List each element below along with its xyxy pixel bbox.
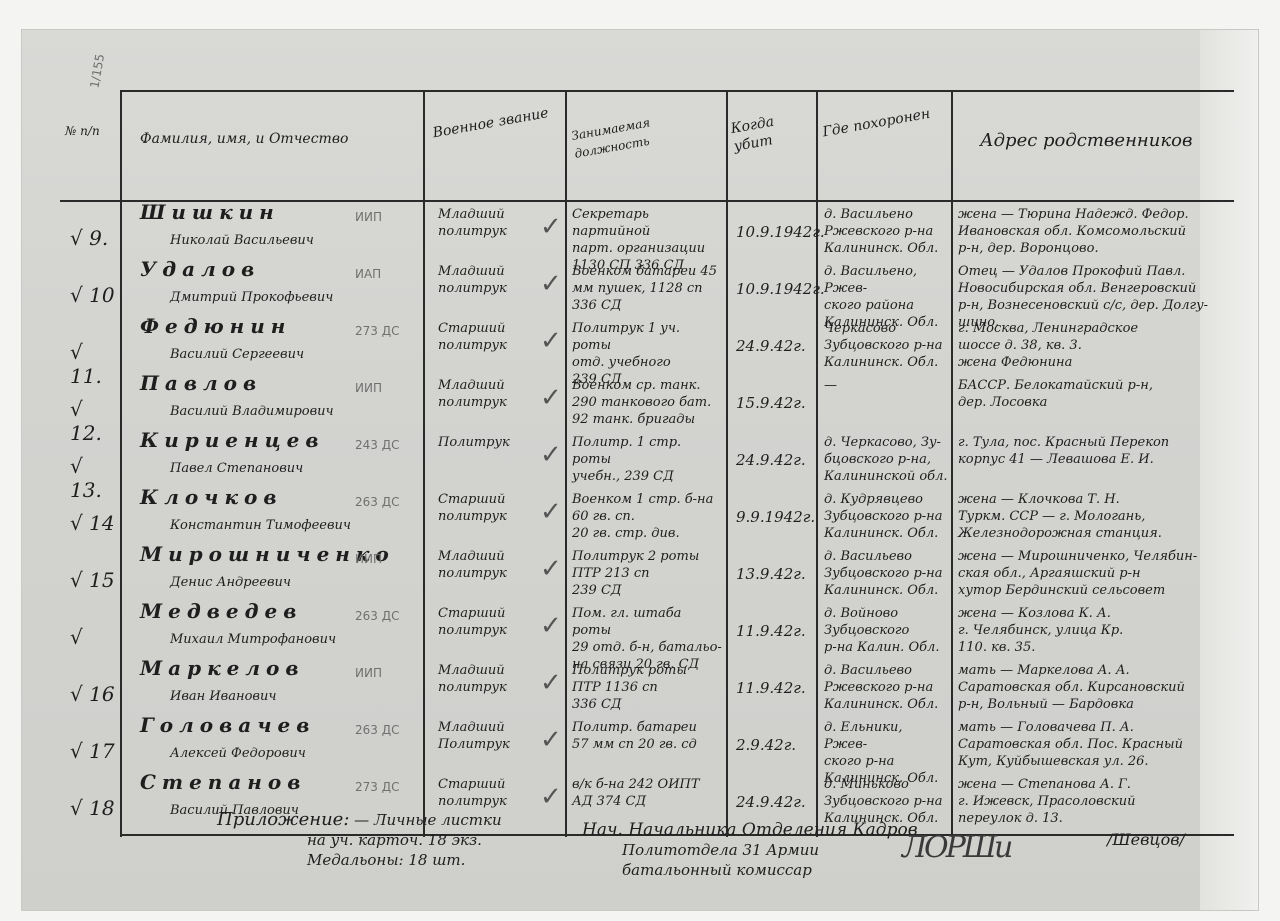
row-number: √ 11.	[70, 340, 115, 388]
position: Политрук ротыПТР 1136 сп336 СД	[572, 662, 722, 713]
burial-place-line: д. Войново	[824, 605, 949, 622]
row-number: √ 13.	[70, 454, 115, 502]
date-killed: 13.9.42г.	[736, 566, 806, 583]
burial-place-line: д. Васильево	[824, 662, 949, 679]
relatives-address-line: Новосибирская обл. Венгеровский	[958, 280, 1228, 297]
surname: Степанов	[140, 774, 306, 791]
position-line: учебн., 239 СД	[572, 468, 722, 485]
burial-place-line: д. Ельники, Ржев-	[824, 719, 949, 753]
table-row: √ 14КлочковКонстантин Тимофеевич263 ДССт…	[120, 489, 1234, 546]
header-rank: Военное звание	[431, 104, 552, 143]
position: Политр. 1 стр. ротыучебн., 239 СД	[572, 434, 722, 485]
relatives-address-line: Ивановская обл. Комсомольский	[958, 223, 1228, 240]
table-row: √МедведевМихаил Митрофанович263 ДССтарши…	[120, 603, 1234, 660]
given-names: Василий Сергеевич	[140, 346, 304, 363]
pencil-annotation: 263 ДС	[355, 723, 399, 737]
relatives-address-line: дер. Лосовка	[958, 394, 1228, 411]
corner-mark: 1/155	[87, 53, 107, 89]
check-mark-icon: ✓	[540, 326, 562, 356]
surname: Клочков	[140, 489, 282, 506]
surname: Федюнин	[140, 318, 291, 335]
position-line: мм пушек, 1128 сп	[572, 280, 722, 297]
relatives-address: жена — Клочкова Т. Н.Туркм. ССР — г. Мол…	[958, 491, 1228, 542]
table-row: √ 9.ШишкинНиколай ВасильевичИИПМладшийпо…	[120, 204, 1234, 261]
burial-place-line: —	[824, 377, 949, 394]
row-number: √ 9.	[70, 226, 115, 250]
date-killed: 11.9.42г.	[736, 680, 806, 697]
burial-place-line: Калининской обл.	[824, 468, 949, 485]
appendix-line-3: Медальоны: 18 шт.	[217, 851, 465, 869]
relatives-address-line: жена Федюнина	[958, 354, 1228, 371]
check-mark-icon: ✓	[540, 383, 562, 413]
appendix: Приложение: — Личные листки на уч. карто…	[217, 810, 502, 870]
relatives-address-line: Туркм. ССР — г. Мологань,	[958, 508, 1228, 525]
relatives-address-line: ская обл., Аргаяшский р-н	[958, 565, 1228, 582]
row-number: √ 12.	[70, 397, 115, 445]
relatives-address-line: жена — Степанова А. Г.	[958, 776, 1228, 793]
row-number: √ 18	[70, 796, 115, 820]
burial-place: д. ВасильеноРжевского р-наКалининск. Обл…	[824, 206, 949, 257]
row-number: √ 17	[70, 739, 115, 763]
header-name: Фамилия, имя, и Отчество	[140, 130, 420, 148]
surname: Павлов	[140, 375, 262, 392]
burial-place: д. ВасильевоРжевского р-наКалининск. Обл…	[824, 662, 949, 713]
given-names: Константин Тимофеевич	[140, 517, 351, 534]
relatives-address-line: г. Тула, пос. Красный Перекоп	[958, 434, 1228, 451]
position: Политр. батареи57 мм сп 20 гв. сд	[572, 719, 722, 753]
pencil-annotation: ИИП	[355, 666, 382, 680]
position-line: АД 374 СД	[572, 793, 722, 810]
burial-place-line: д. Кудрявцево	[824, 491, 949, 508]
position-line: Политр. 1 стр. роты	[572, 434, 722, 468]
relatives-address: г. Тула, пос. Красный Перекопкорпус 41 —…	[958, 434, 1228, 468]
position: Военком 1 стр. б-на60 гв. сп.20 гв. стр.…	[572, 491, 722, 542]
relatives-address-line: жена — Мирошниченко, Челябин-	[958, 548, 1228, 565]
position-line: 57 мм сп 20 гв. сд	[572, 736, 722, 753]
date-killed: 10.9.1942г.	[736, 281, 825, 298]
surname: Медведев	[140, 603, 302, 620]
appendix-line-2: на уч. карточ. 18 экз.	[217, 831, 482, 849]
burial-place-line: Калининск. Обл.	[824, 582, 949, 599]
pencil-annotation: ИИП	[355, 381, 382, 395]
burial-place-line: Зубцовского	[824, 622, 949, 639]
burial-place: д. КудрявцевоЗубцовского р-наКалининск. …	[824, 491, 949, 542]
relatives-address-line: Кут, Куйбышевская ул. 26.	[958, 753, 1228, 770]
position-line: Пом. гл. штаба роты	[572, 605, 722, 639]
date-killed: 2.9.42г.	[736, 737, 796, 754]
relatives-address-line: жена — Клочкова Т. Н.	[958, 491, 1228, 508]
burial-place-line: Калининск. Обл.	[824, 354, 949, 371]
burial-place-line: д. Васильено, Ржев-	[824, 263, 949, 297]
table-row: √ 16МаркеловИван ИвановичИИПМладшийполит…	[120, 660, 1234, 717]
surname: Шишкин	[140, 204, 280, 221]
pencil-annotation: 273 ДС	[355, 324, 399, 338]
position-line: отд. учебного	[572, 354, 722, 371]
table-row: √ 11.ФедюнинВасилий Сергеевич273 ДССтарш…	[120, 318, 1234, 375]
row-number: √ 16	[70, 682, 115, 706]
burial-place-line: Калининск. Обл.	[824, 240, 949, 257]
relatives-address: мать — Головачева П. А.Саратовская обл. …	[958, 719, 1228, 770]
relatives-address-line: Саратовская обл. Кирсановский	[958, 679, 1228, 696]
burial-place-line: д. Миньково	[824, 776, 949, 793]
given-names: Николай Васильевич	[140, 232, 314, 249]
given-names: Дмитрий Прокофьевич	[140, 289, 333, 306]
row-number: √ 10	[70, 283, 115, 307]
table-row: √ 13.КириенцевПавел Степанович243 ДСПоли…	[120, 432, 1234, 489]
date-killed: 24.9.42г.	[736, 794, 806, 811]
relatives-address: жена — Мирошниченко, Челябин-ская обл., …	[958, 548, 1228, 599]
relatives-address-line: 110. кв. 35.	[958, 639, 1228, 656]
relatives-address-line: р-н, дер. Воронцово.	[958, 240, 1228, 257]
burial-place-line: ского р-на	[824, 753, 949, 770]
burial-place-line: Зубцовского р-на	[824, 337, 949, 354]
position: в/к б-на 242 ОИПТАД 374 СД	[572, 776, 722, 810]
table-row: √ 10УдаловДмитрий ПрокофьевичИАПМладшийп…	[120, 261, 1234, 318]
given-names: Денис Андреевич	[140, 574, 291, 591]
position: Военком батареи 45мм пушек, 1128 сп336 С…	[572, 263, 722, 314]
burial-place-line: д. Васильено	[824, 206, 949, 223]
position-line: 29 отд. б-н, батальо-	[572, 639, 722, 656]
casualty-table: № п/п Фамилия, имя, и Отчество Военное з…	[120, 90, 1234, 837]
position-line: в/к б-на 242 ОИПТ	[572, 776, 722, 793]
position-line: 336 СД	[572, 297, 722, 314]
position-line: 20 гв. стр. див.	[572, 525, 722, 542]
relatives-address-line: Отец — Удалов Прокофий Павл.	[958, 263, 1228, 280]
pencil-annotation: ИИП	[355, 552, 382, 566]
burial-place-line: Калининск. Обл.	[824, 525, 949, 542]
burial-place-line: д. Черкасово, Зу-	[824, 434, 949, 451]
appendix-line-1: — Личные листки	[354, 811, 501, 829]
scanned-document: 1/155 № п/п Фамилия, имя, и Отчество Вое…	[22, 30, 1258, 910]
burial-place-line: д. Васильево	[824, 548, 949, 565]
relatives-address-line: БАССР. Белокатайский р-н,	[958, 377, 1228, 394]
relatives-address-line: мать — Головачева П. А.	[958, 719, 1228, 736]
pencil-annotation: 263 ДС	[355, 609, 399, 623]
position-line: ПТР 213 сп	[572, 565, 722, 582]
position-line: Политрук роты	[572, 662, 722, 679]
relatives-address: мать — Маркелова А. А.Саратовская обл. К…	[958, 662, 1228, 713]
position-line: Политрук 1 уч. роты	[572, 320, 722, 354]
burial-place-line: Зубцовского р-на	[824, 508, 949, 525]
position-line: Политрук 2 роты	[572, 548, 722, 565]
check-mark-icon: ✓	[540, 212, 562, 242]
check-mark-icon: ✓	[540, 782, 562, 812]
burial-place-line: Черкасово	[824, 320, 949, 337]
position-line: парт. организации	[572, 240, 722, 257]
given-names: Михаил Митрофанович	[140, 631, 336, 648]
table-row: √ 17ГоловачевАлексей Федорович263 ДСМлад…	[120, 717, 1234, 774]
burial-place-line: Ржевского р-на	[824, 223, 949, 240]
burial-place: д. Черкасово, Зу-бцовского р-на,Калининс…	[824, 434, 949, 485]
relatives-address-line: Саратовская обл. Пос. Красный	[958, 736, 1228, 753]
position-line: Военком ср. танк.	[572, 377, 722, 394]
header-killed: Когда убит	[729, 108, 804, 156]
relatives-address-line: г. Челябинск, улица Кр.	[958, 622, 1228, 639]
relatives-address-line: жена — Тюрина Надежд. Федор.	[958, 206, 1228, 223]
appendix-label: Приложение:	[217, 809, 349, 830]
table-row: √ 12.ПавловВасилий ВладимировичИИПМладши…	[120, 375, 1234, 432]
burial-place: д. ВойновоЗубцовскогор-на Калин. Обл.	[824, 605, 949, 656]
relatives-address-line: жена — Козлова К. А.	[958, 605, 1228, 622]
row-number: √ 14	[70, 511, 115, 535]
position-line: ПТР 1136 сп	[572, 679, 722, 696]
relatives-address-line: корпус 41 — Левашова Е. И.	[958, 451, 1228, 468]
relatives-address-line: шоссе д. 38, кв. 3.	[958, 337, 1228, 354]
given-names: Василий Владимирович	[140, 403, 334, 420]
position-line: Военком 1 стр. б-на	[572, 491, 722, 508]
surname: Маркелов	[140, 660, 304, 677]
burial-place-line: Калининск. Обл.	[824, 696, 949, 713]
position-line: 336 СД	[572, 696, 722, 713]
check-mark-icon: ✓	[540, 554, 562, 584]
pencil-annotation: ИАП	[355, 267, 381, 281]
relatives-address-line: г. Ижевск, Прасоловский	[958, 793, 1228, 810]
position-line: 92 танк. бригады	[572, 411, 722, 428]
burial-place-line: Зубцовского р-на	[824, 793, 949, 810]
position-line: 290 танкового бат.	[572, 394, 722, 411]
burial-place: ЧеркасовоЗубцовского р-наКалининск. Обл.	[824, 320, 949, 371]
given-names: Иван Иванович	[140, 688, 276, 705]
position-line: 60 гв. сп.	[572, 508, 722, 525]
surname: Удалов	[140, 261, 260, 278]
pencil-annotation: 273 ДС	[355, 780, 399, 794]
given-names: Павел Степанович	[140, 460, 303, 477]
relatives-address-line: р-н, Вознесеновский с/с, дер. Долгу-	[958, 297, 1228, 314]
relatives-address: жена — Тюрина Надежд. Федор.Ивановская о…	[958, 206, 1228, 257]
burial-place-line: бцовского р-на,	[824, 451, 949, 468]
pencil-annotation: ИИП	[355, 210, 382, 224]
header-position: Занимаемая должность	[570, 101, 724, 163]
check-mark-icon: ✓	[540, 497, 562, 527]
relatives-address-line: г. Москва, Ленинградское	[958, 320, 1228, 337]
position-line: Военком батареи 45	[572, 263, 722, 280]
given-names: Алексей Федорович	[140, 745, 306, 762]
burial-place-line: Зубцовского р-на	[824, 565, 949, 582]
position-line: 239 СД	[572, 582, 722, 599]
position-line: Секретарь партийной	[572, 206, 722, 240]
check-mark-icon: ✓	[540, 269, 562, 299]
burial-place: —	[824, 377, 949, 394]
burial-place-line: ского района	[824, 297, 949, 314]
surname: Кириенцев	[140, 432, 325, 449]
relatives-address: БАССР. Белокатайский р-н,дер. Лосовка	[958, 377, 1228, 411]
date-killed: 11.9.42г.	[736, 623, 806, 640]
check-mark-icon: ✓	[540, 611, 562, 641]
check-mark-icon: ✓	[540, 440, 562, 470]
relatives-address-line: р-н, Вольный — Бардовка	[958, 696, 1228, 713]
relatives-address-line: Железнодорожная станция.	[958, 525, 1228, 542]
date-killed: 9.9.1942г.	[736, 509, 815, 526]
burial-place-line: Ржевского р-на	[824, 679, 949, 696]
position: Военком ср. танк.290 танкового бат.92 та…	[572, 377, 722, 428]
table-row: √ 15МирошниченкоДенис АндреевичИИПМладши…	[120, 546, 1234, 603]
date-killed: 24.9.42г.	[736, 338, 806, 355]
header-relatives: Адрес родственников	[980, 132, 1240, 150]
relatives-address-line: хутор Бердинский сельсовет	[958, 582, 1228, 599]
surname: Головачев	[140, 717, 315, 734]
position: Политрук 2 ротыПТР 213 сп239 СД	[572, 548, 722, 599]
burial-place: д. ВасильевоЗубцовского р-наКалининск. О…	[824, 548, 949, 599]
row-number: √ 15	[70, 568, 115, 592]
check-mark-icon: ✓	[540, 725, 562, 755]
relatives-address: г. Москва, Ленинградскоешоссе д. 38, кв.…	[958, 320, 1228, 371]
burial-place-line: р-на Калин. Обл.	[824, 639, 949, 656]
date-killed: 24.9.42г.	[736, 452, 806, 469]
header-buried: Где похоронен	[821, 105, 932, 142]
relatives-address: жена — Козлова К. А.г. Челябинск, улица …	[958, 605, 1228, 656]
pencil-annotation: 263 ДС	[355, 495, 399, 509]
position-line: Политр. батареи	[572, 719, 722, 736]
pencil-annotation: 243 ДС	[355, 438, 399, 452]
date-killed: 15.9.42г.	[736, 395, 806, 412]
header-num: № п/п	[65, 122, 105, 140]
date-killed: 10.9.1942г.	[736, 224, 825, 241]
check-mark-icon: ✓	[540, 668, 562, 698]
handwritten-signature: ЛОРШи	[902, 830, 1010, 865]
signer-name: /Шевцов/	[1107, 830, 1185, 850]
relatives-address-line: мать — Маркелова А. А.	[958, 662, 1228, 679]
row-number: √	[70, 625, 115, 649]
